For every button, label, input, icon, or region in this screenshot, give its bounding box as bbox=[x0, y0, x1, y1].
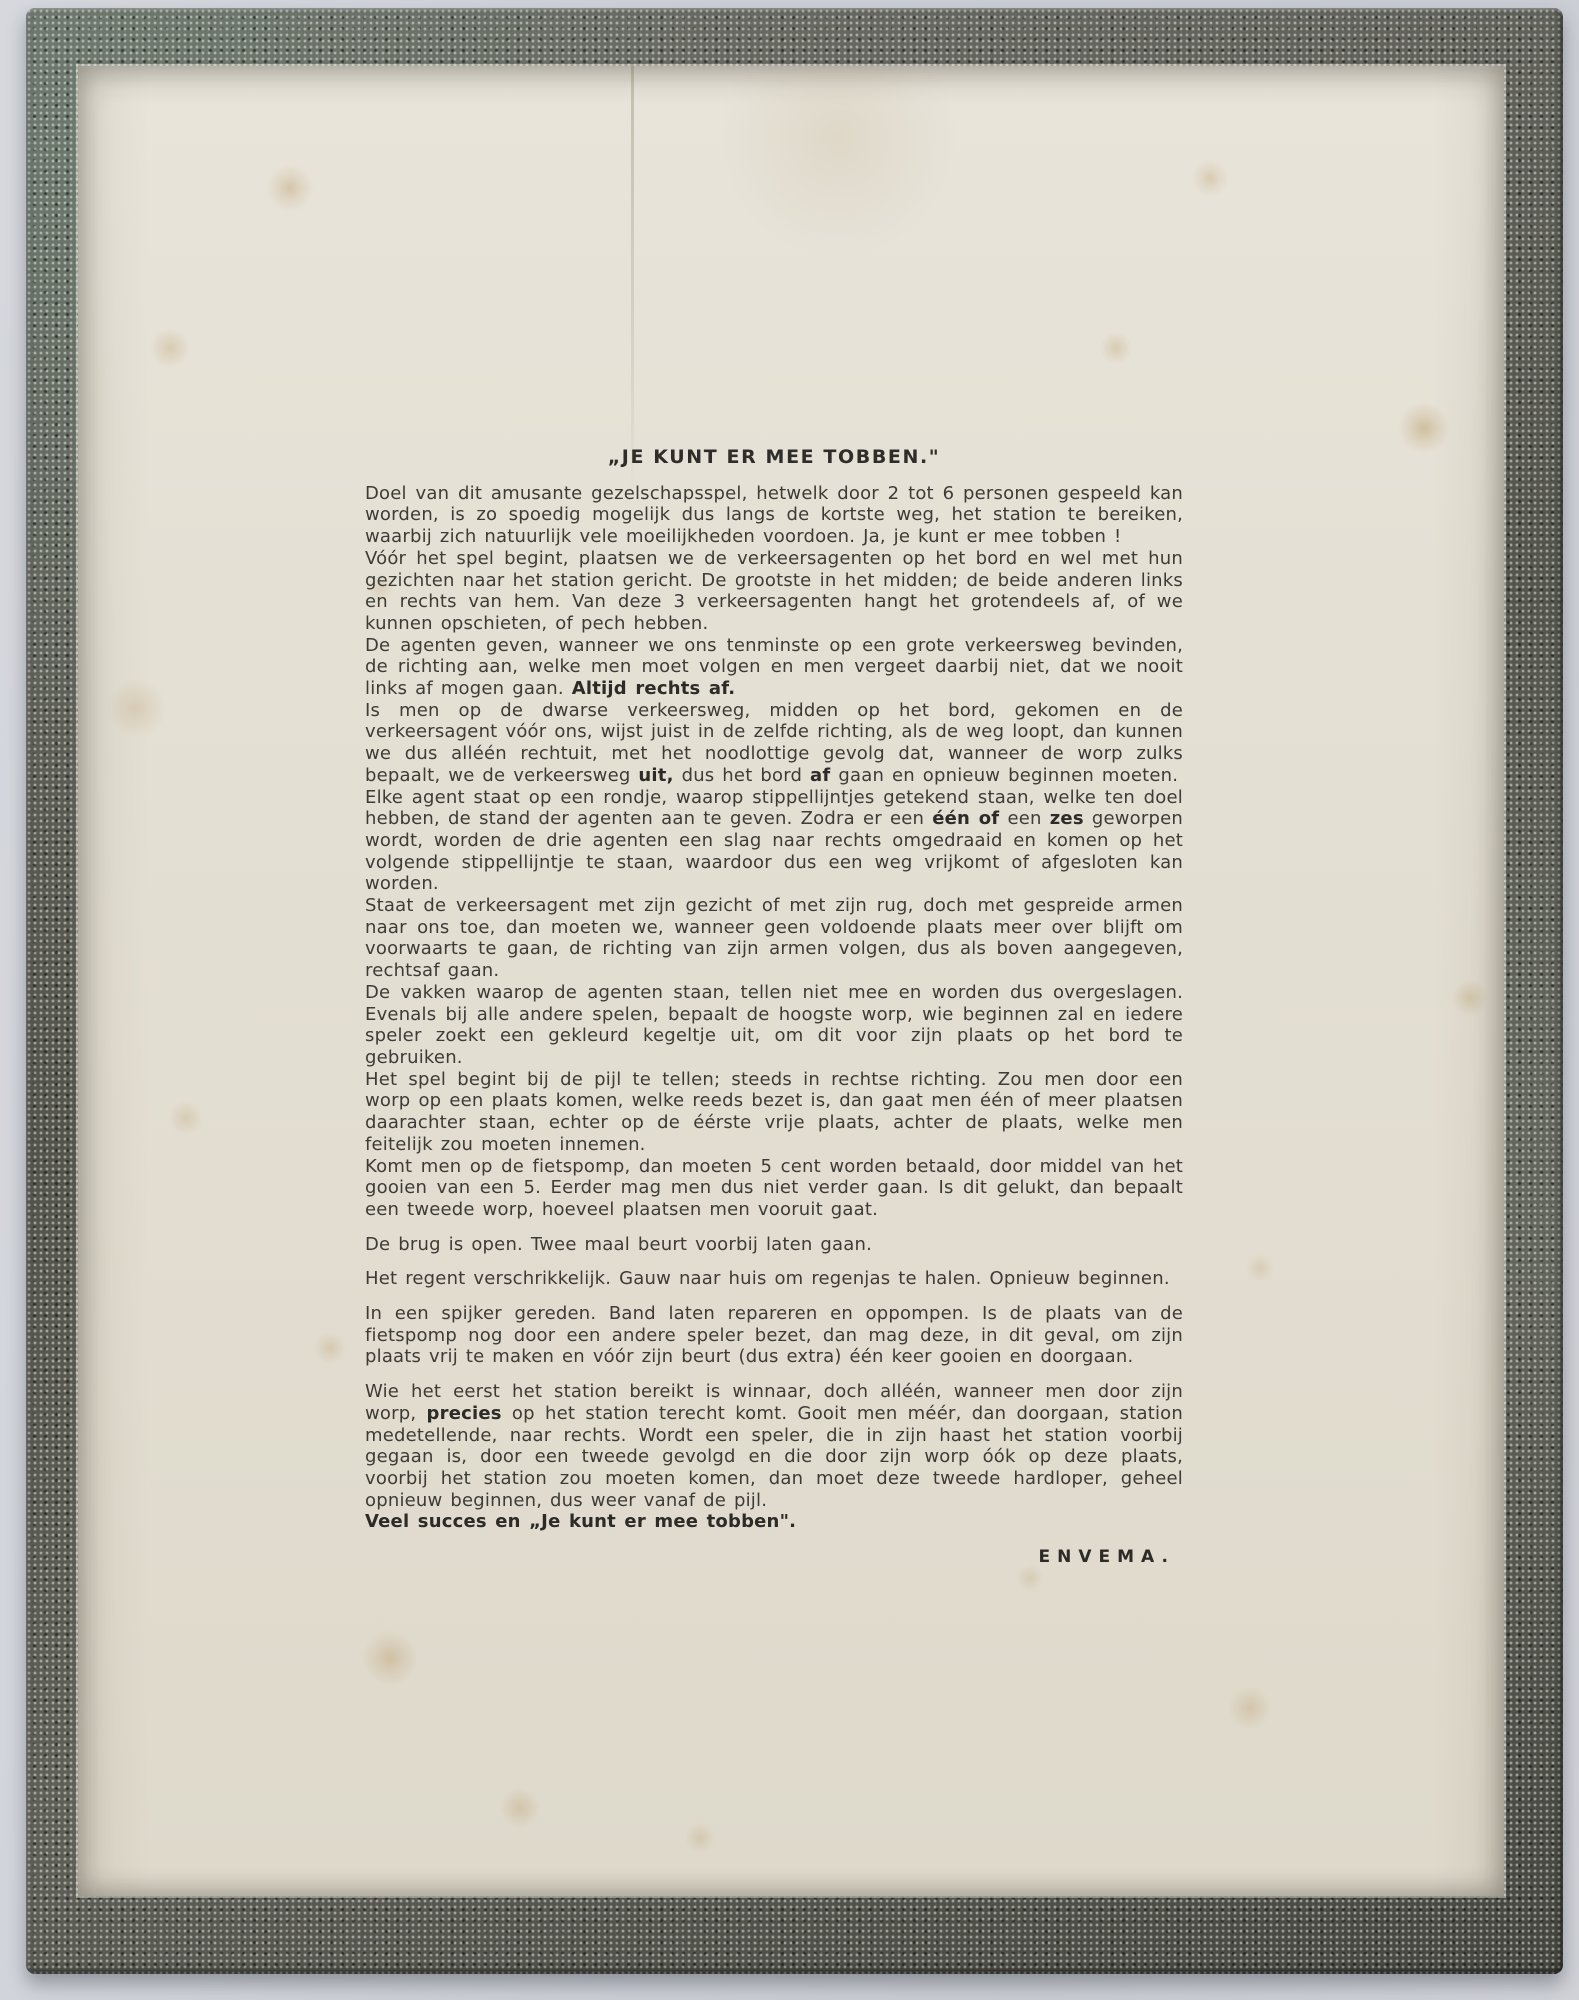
paragraph: De agenten geven, wanneer we ons tenmins… bbox=[365, 635, 1183, 700]
paragraphs: Doel van dit amusante gezelschapsspel, h… bbox=[365, 483, 1183, 1533]
signature: ENVEMA. bbox=[365, 1547, 1183, 1569]
paragraph: Veel succes en „Je kunt er mee tobben". bbox=[365, 1511, 1183, 1533]
paragraph: Wie het eerst het station bereikt is win… bbox=[365, 1381, 1183, 1511]
paragraph: Het regent verschrikkelijk. Gauw naar hu… bbox=[365, 1268, 1183, 1290]
paragraph: Het spel begint bij de pijl te tellen; s… bbox=[365, 1069, 1183, 1156]
game-box-lid: „JE KUNT ER MEE TOBBEN." Doel van dit am… bbox=[26, 8, 1563, 1974]
paragraph: Is men op de dwarse verkeersweg, midden … bbox=[365, 700, 1183, 787]
paragraph: Elke agent staat op een rondje, waarop s… bbox=[365, 787, 1183, 896]
paragraph: De brug is open. Twee maal beurt voorbij… bbox=[365, 1234, 1183, 1256]
paragraph: Vóór het spel begint, plaatsen we de ver… bbox=[365, 548, 1183, 635]
page-title: „JE KUNT ER MEE TOBBEN." bbox=[365, 447, 1183, 469]
rules-content: „JE KUNT ER MEE TOBBEN." Doel van dit am… bbox=[365, 447, 1183, 1569]
paragraph: Doel van dit amusante gezelschapsspel, h… bbox=[365, 483, 1183, 548]
paragraph: In een spijker gereden. Band laten repar… bbox=[365, 1303, 1183, 1368]
paper-crease bbox=[631, 66, 634, 496]
paragraph: Staat de verkeersagent met zijn gezicht … bbox=[365, 895, 1183, 982]
paragraph: De vakken waarop de agenten staan, telle… bbox=[365, 982, 1183, 1069]
instruction-sheet: „JE KUNT ER MEE TOBBEN." Doel van dit am… bbox=[78, 66, 1504, 1896]
paragraph: Komt men op de fietspomp, dan moeten 5 c… bbox=[365, 1156, 1183, 1221]
